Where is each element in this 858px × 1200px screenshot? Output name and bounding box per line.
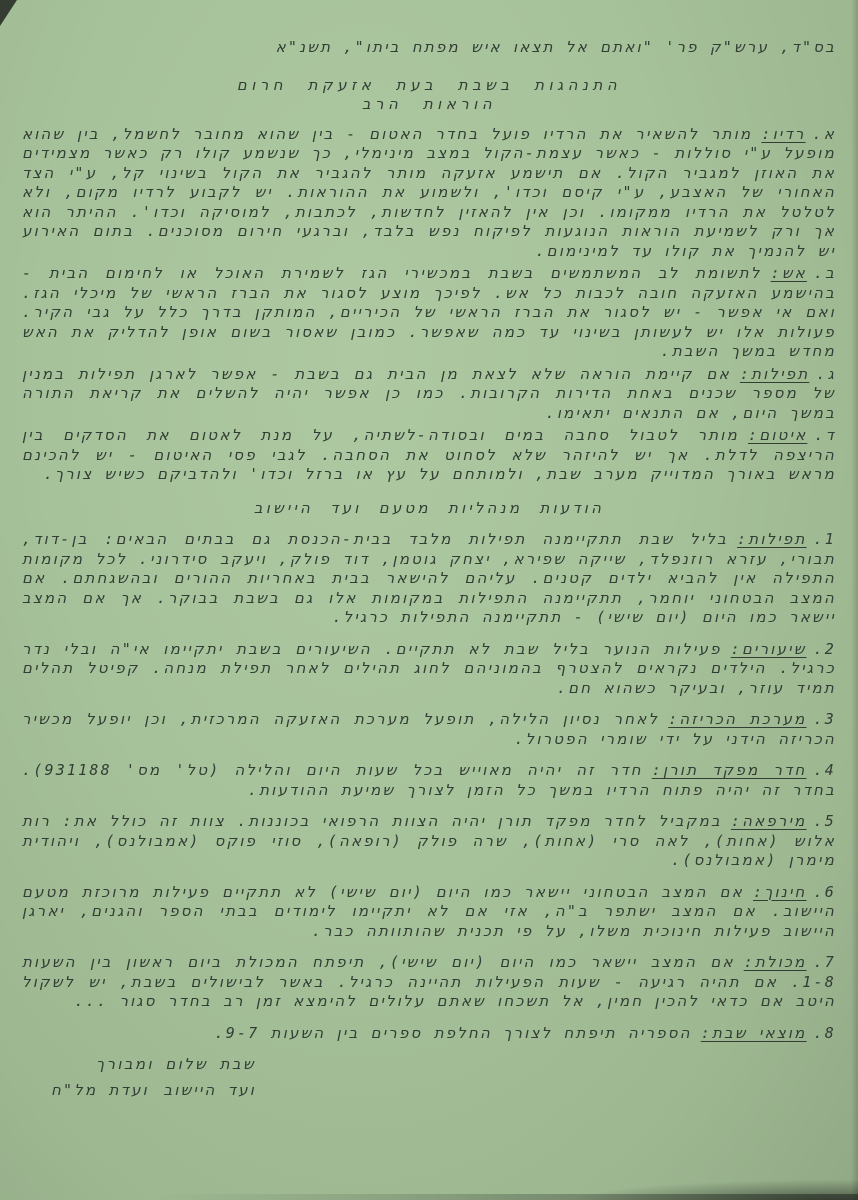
section-number: 7. [814,953,836,971]
scan-corner-artifact [0,0,17,26]
section-gimel-prayers: ג.תפילות:אם קיימת הוראה שלא לצאת מן הבית… [22,365,836,424]
section-body: מותר להשאיר את הרדיו פועל בחדר האטום - ב… [22,125,836,260]
section-label: תפילות: [737,530,806,548]
header-line: בס"ד, ערש"ק פר' "ואתם אל תצאו איש מפתח ב… [22,38,836,58]
section-body: אם המצב הבטחוני יישאר כמו היום (יום שישי… [22,883,836,940]
closing-block: שבת שלום ומבורך ועד היישובועדת מל"ח [51,1055,256,1100]
section-label: מכולת: [744,953,807,971]
section-1-prayers: 1.תפילות:בליל שבת תתקיימנה תפילות מלבד ב… [22,530,836,628]
section-number: 1. [814,530,836,548]
section-label: אש: [771,264,807,282]
doc-subtitle: הוראות הרב [22,95,836,115]
section-2-lessons: 2.שיעורים:פעילות הנוער בליל שבת לא תתקיי… [22,640,836,699]
section-bet-fire: ב.אש:לתשומת לב המשתמשים בשבת במכשירי הגז… [22,264,836,362]
section-label: מערכת הכריזה: [668,710,806,728]
section-label: תפילות: [740,365,809,383]
admin-heading: הודעות מנהליות מטעם ועד היישוב [22,499,836,519]
section-label: רדיו: [761,125,805,143]
section-body: פעילות הנוער בליל שבת לא תתקיים. השיעורי… [22,640,836,697]
section-body: לתשומת לב המשתמשים בשבת במכשירי הגז לשמי… [22,264,836,360]
closing-greeting: שבת שלום ומבורך [51,1055,256,1075]
section-8-motzaei-shabbat: 8.מוצאי שבת:הספריה תיפתח לצורך החלפת ספר… [22,1024,836,1044]
doc-title: התנהגות בשבת בעת אזעקת חרום [22,76,836,96]
section-label: איטום: [748,426,807,444]
section-body: אם המצב יישאר כמו היום (יום שישי), תיפתח… [22,953,836,1010]
section-body: במקביל לחדר מפקד תורן יהיה הצוות הרפואי … [22,812,836,869]
section-number: 8. [814,1024,836,1042]
section-label: מוצאי שבת: [701,1024,807,1042]
section-label: חינוך: [753,883,807,901]
scan-corner-smudge [578,1180,858,1200]
section-body: בליל שבת תתקיימנה תפילות מלבד בבית-הכנסת… [22,530,836,626]
section-label: מירפאה: [731,812,807,830]
section-body: מותר לטבול סחבה במים ובסודה-לשתיה, על מנ… [22,426,836,483]
section-label: שיעורים: [731,640,807,658]
section-5-clinic: 5.מירפאה:במקביל לחדר מפקד תורן יהיה הצוו… [22,812,836,871]
section-number: 2. [814,640,836,658]
section-label: חדר מפקד תורן: [652,761,807,779]
signature-melach-committee: ועדת מל"ח [51,1081,149,1101]
scanned-notice-page: בס"ד, ערש"ק פר' "ואתם אל תצאו איש מפתח ב… [0,0,858,1200]
section-body: אם קיימת הוראה שלא לצאת מן הבית גם בשבת … [22,365,836,422]
section-number: 4. [814,761,836,779]
section-7-grocery: 7.מכולת:אם המצב יישאר כמו היום (יום שישי… [22,953,836,1012]
section-number: 6. [814,883,836,901]
section-letter: ד. [814,426,836,444]
section-alef-radio: א.רדיו:מותר להשאיר את הרדיו פועל בחדר הא… [22,125,836,262]
section-letter: ב. [814,264,836,282]
section-number: 5. [814,812,836,830]
section-4-duty-commander-room: 4.חדר מפקד תורן:חדר זה יהיה מאוייש בכל ש… [22,761,836,800]
section-letter: א. [813,125,836,143]
section-letter: ג. [816,365,836,383]
scan-edge-shadow-right [851,0,858,1200]
section-3-pa-system: 3.מערכת הכריזה:לאחר נסיון הלילה, תופעל מ… [22,710,836,749]
section-body: הספריה תיפתח לצורך החלפת ספרים בין השעות… [214,1024,691,1042]
signature-committee: ועד היישוב [163,1081,256,1101]
section-dalet-sealing: ד.איטום:מותר לטבול סחבה במים ובסודה-לשתי… [22,426,836,485]
signatures: ועד היישובועדת מל"ח [51,1081,256,1101]
title-block: התנהגות בשבת בעת אזעקת חרום הוראות הרב [22,76,836,115]
section-6-education: 6.חינוך:אם המצב הבטחוני יישאר כמו היום (… [22,883,836,942]
section-number: 3. [814,710,836,728]
